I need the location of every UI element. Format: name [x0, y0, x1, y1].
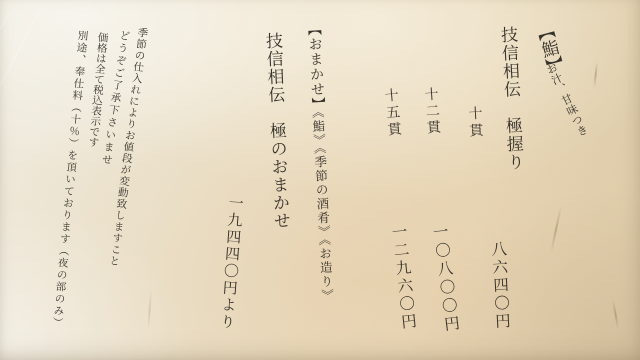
omakase-section-title: 【おまかせ】: [305, 22, 325, 113]
omakase-course-name: 技信相伝 極のおまかせ: [262, 32, 290, 231]
sushi-section-subtitle: お汁、甘味つき: [543, 61, 590, 139]
sushi-item-price: 一二九六〇円: [388, 223, 417, 332]
paper-crease: [0, 0, 24, 103]
paper-fiber: [550, 206, 561, 253]
note-service-charge: 別途、奉仕料（十％）を頂いております（夜の部のみ）: [50, 29, 88, 329]
omakase-section-contents: 《鮨》《季節の酒肴》《お造り》: [310, 112, 334, 304]
sushi-item-count: 十貫: [465, 106, 483, 141]
paper-fiber: [612, 300, 619, 330]
paper-crease: [0, 0, 54, 119]
sushi-item-price: 八六四〇円: [488, 241, 510, 332]
menu-photo: 【鮨】 お汁、甘味つき 技信相伝 極握り 十貫 十二貫 十五貫 八六四〇円 一〇…: [0, 0, 640, 360]
sushi-item-count: 十五貫: [381, 87, 401, 139]
sushi-course-name: 技信相伝 極握り: [497, 25, 524, 171]
sushi-item-count: 十二貫: [421, 86, 441, 137]
sushi-item-price: 一〇八〇〇円: [429, 223, 460, 335]
omakase-header-column: 【おまかせ】《鮨》《季節の酒肴》《お造り》: [303, 22, 336, 304]
omakase-price: 一九四四〇円より: [217, 194, 244, 331]
paper-fiber: [593, 62, 597, 88]
paper-fiber: [147, 290, 151, 330]
